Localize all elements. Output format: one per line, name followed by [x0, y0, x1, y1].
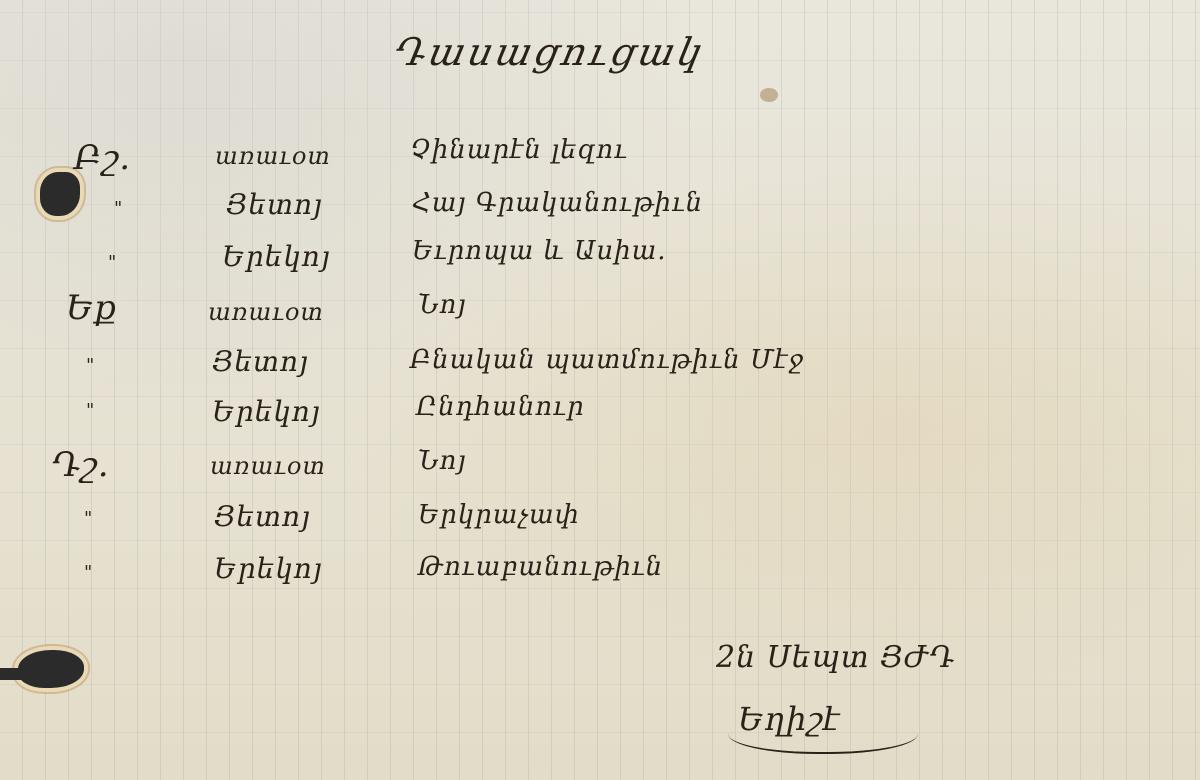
row-time: Յետոյ [212, 345, 309, 378]
row-time: Երեկոյ [222, 240, 331, 273]
row-day-ditto: " [84, 508, 93, 529]
paper-hole-top [40, 172, 80, 216]
row-time: առաւօտ [208, 298, 324, 326]
paper-hole-bottom [18, 650, 84, 688]
document-title: Դասացուցակ [390, 30, 709, 74]
row-time: Երեկոյ [214, 552, 323, 585]
row-subject: Հայ Գրականութիւն [412, 188, 703, 218]
row-subject: Ընդհանուր [416, 392, 585, 422]
row-subject: Եւրոպա և Ասիա. [412, 236, 667, 266]
paper-sheet [0, 0, 1200, 780]
row-day-ditto: " [86, 400, 95, 421]
row-subject: Բնական պատմութիւն Մէջ [410, 345, 804, 375]
row-subject: Չինարէն լեզու [410, 135, 628, 165]
row-day: Եք [66, 288, 117, 328]
row-day-ditto: " [114, 198, 123, 219]
row-day: Բշ. [74, 138, 131, 178]
row-time: Երեկոյ [212, 395, 321, 428]
row-day: Դշ. [52, 445, 110, 485]
row-subject: Երկրաչափ [418, 500, 580, 530]
row-subject: Նոյ [418, 290, 467, 320]
row-day-ditto: " [86, 355, 95, 376]
row-time: Յետոյ [214, 500, 311, 533]
row-time: առաւօտ [210, 452, 326, 480]
row-subject: Թուաբանութիւն [418, 552, 663, 582]
row-day-ditto: " [84, 562, 93, 583]
row-time: Յետոյ [226, 188, 323, 221]
ink-stain [760, 88, 778, 102]
paper-tear-bottom [0, 668, 24, 680]
row-time: առաւօտ [215, 142, 331, 170]
row-subject: Նոյ [418, 446, 467, 476]
document-date: 2ն Սեպտ ՅԺԴ [716, 640, 955, 675]
row-day-ditto: " [108, 252, 117, 273]
